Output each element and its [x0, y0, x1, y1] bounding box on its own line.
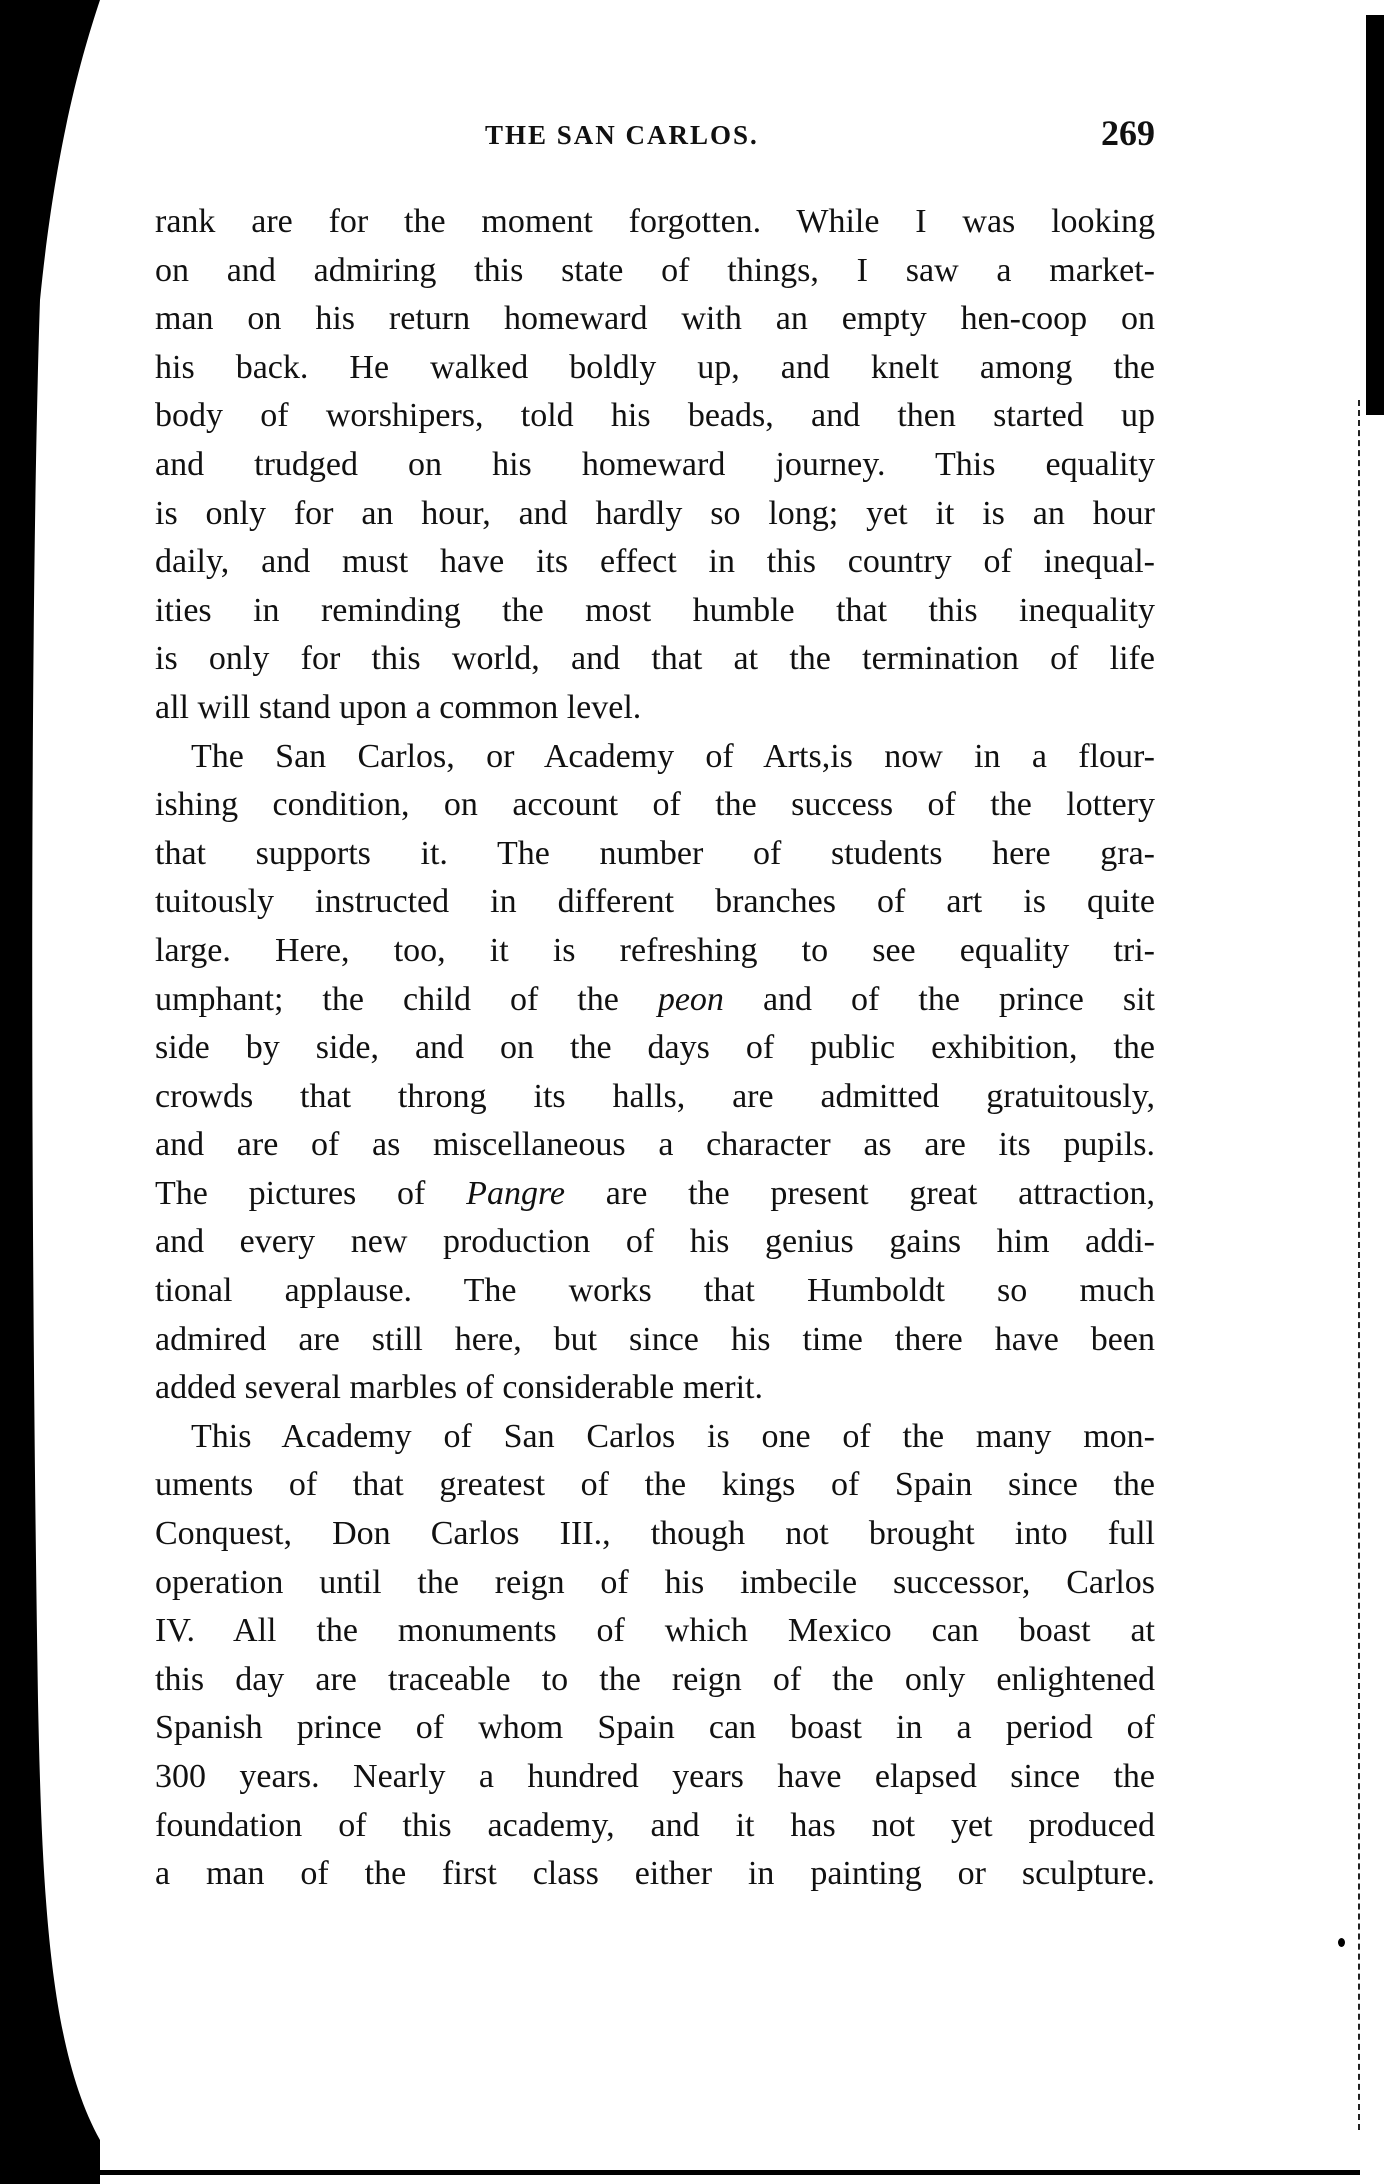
text-line: this day are traceable to the reign of t…	[155, 1656, 1155, 1705]
scan-binding-shadow	[0, 0, 100, 2184]
text-line: that supports it. The number of students…	[155, 830, 1155, 879]
text-segment: umphant; the child of the	[155, 981, 658, 1018]
text-line: IV. All the monuments of which Mexico ca…	[155, 1607, 1155, 1656]
text-line: tuitously instructed in different branch…	[155, 878, 1155, 927]
text-line: body of worshipers, told his beads, and …	[155, 392, 1155, 441]
page-number: 269	[1101, 112, 1155, 154]
text-segment: and of the prince sit	[724, 981, 1155, 1018]
text-line: Spanish prince of whom Spain can boast i…	[155, 1704, 1155, 1753]
scan-right-border-line	[1358, 400, 1362, 2130]
text-line: ities in reminding the most humble that …	[155, 587, 1155, 636]
text-line: is only for an hour, and hardly so long;…	[155, 490, 1155, 539]
text-line: tional applause. The works that Humboldt…	[155, 1267, 1155, 1316]
text-line: operation until the reign of his imbecil…	[155, 1559, 1155, 1608]
text-segment: are the present great attraction,	[565, 1175, 1155, 1212]
text-line: on and admiring this state of things, I …	[155, 247, 1155, 296]
text-line: large. Here, too, it is refreshing to se…	[155, 927, 1155, 976]
italic-word: peon	[658, 981, 724, 1018]
scan-speck	[1338, 1938, 1345, 1947]
text-line: and every new production of his genius g…	[155, 1218, 1155, 1267]
text-line: Conquest, Don Carlos III., though not br…	[155, 1510, 1155, 1559]
paragraph-2: The San Carlos, or Academy of Arts,is no…	[155, 733, 1155, 1413]
paragraph-3: This Academy of San Carlos is one of the…	[155, 1413, 1155, 1899]
text-line: is only for this world, and that at the …	[155, 635, 1155, 684]
body-text: rank are for the moment forgotten. While…	[155, 198, 1155, 1899]
text-line: The San Carlos, or Academy of Arts,is no…	[155, 733, 1155, 782]
scan-bottom-edge	[90, 2170, 1360, 2175]
text-line: daily, and must have its effect in this …	[155, 538, 1155, 587]
text-line: and trudged on his homeward journey. Thi…	[155, 441, 1155, 490]
text-segment: The pictures of	[155, 1175, 466, 1212]
text-line: and are of as miscellaneous a character …	[155, 1121, 1155, 1170]
text-line: umphant; the child of the peon and of th…	[155, 976, 1155, 1025]
text-line: foundation of this academy, and it has n…	[155, 1802, 1155, 1851]
running-title: THE SAN CARLOS.	[485, 120, 759, 151]
scan-right-edge	[1366, 15, 1384, 415]
text-line: added several marbles of considerable me…	[155, 1364, 1155, 1413]
text-line: man on his return homeward with an empty…	[155, 295, 1155, 344]
text-line: uments of that greatest of the kings of …	[155, 1461, 1155, 1510]
text-line: 300 years. Nearly a hundred years have e…	[155, 1753, 1155, 1802]
text-line: a man of the first class either in paint…	[155, 1850, 1155, 1899]
book-page: THE SAN CARLOS. 269 rank are for the mom…	[155, 112, 1155, 1899]
text-line: admired are still here, but since his ti…	[155, 1316, 1155, 1365]
text-line: all will stand upon a common level.	[155, 684, 1155, 733]
running-head: THE SAN CARLOS. 269	[155, 112, 1155, 162]
text-line: side by side, and on the days of public …	[155, 1024, 1155, 1073]
text-line: rank are for the moment forgotten. While…	[155, 198, 1155, 247]
text-line: This Academy of San Carlos is one of the…	[155, 1413, 1155, 1462]
paragraph-1: rank are for the moment forgotten. While…	[155, 198, 1155, 733]
text-line: his back. He walked boldly up, and knelt…	[155, 344, 1155, 393]
italic-word: Pangre	[466, 1175, 565, 1212]
text-line: crowds that throng its halls, are admitt…	[155, 1073, 1155, 1122]
text-line: ishing condition, on account of the succ…	[155, 781, 1155, 830]
text-line: The pictures of Pangre are the present g…	[155, 1170, 1155, 1219]
